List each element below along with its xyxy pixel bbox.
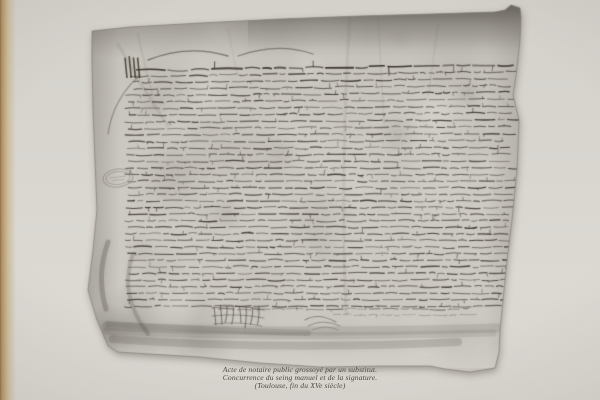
plate-caption: Acte de notaire public grossoyé par un s… (0, 366, 600, 390)
manuscript-parchment-photo (78, 4, 538, 384)
book-page-left-edge (0, 0, 18, 400)
book-page: Acte de notaire public grossoyé par un s… (0, 0, 600, 400)
caption-line-3: (Toulouse, fin du XVe siècle) (0, 382, 600, 390)
